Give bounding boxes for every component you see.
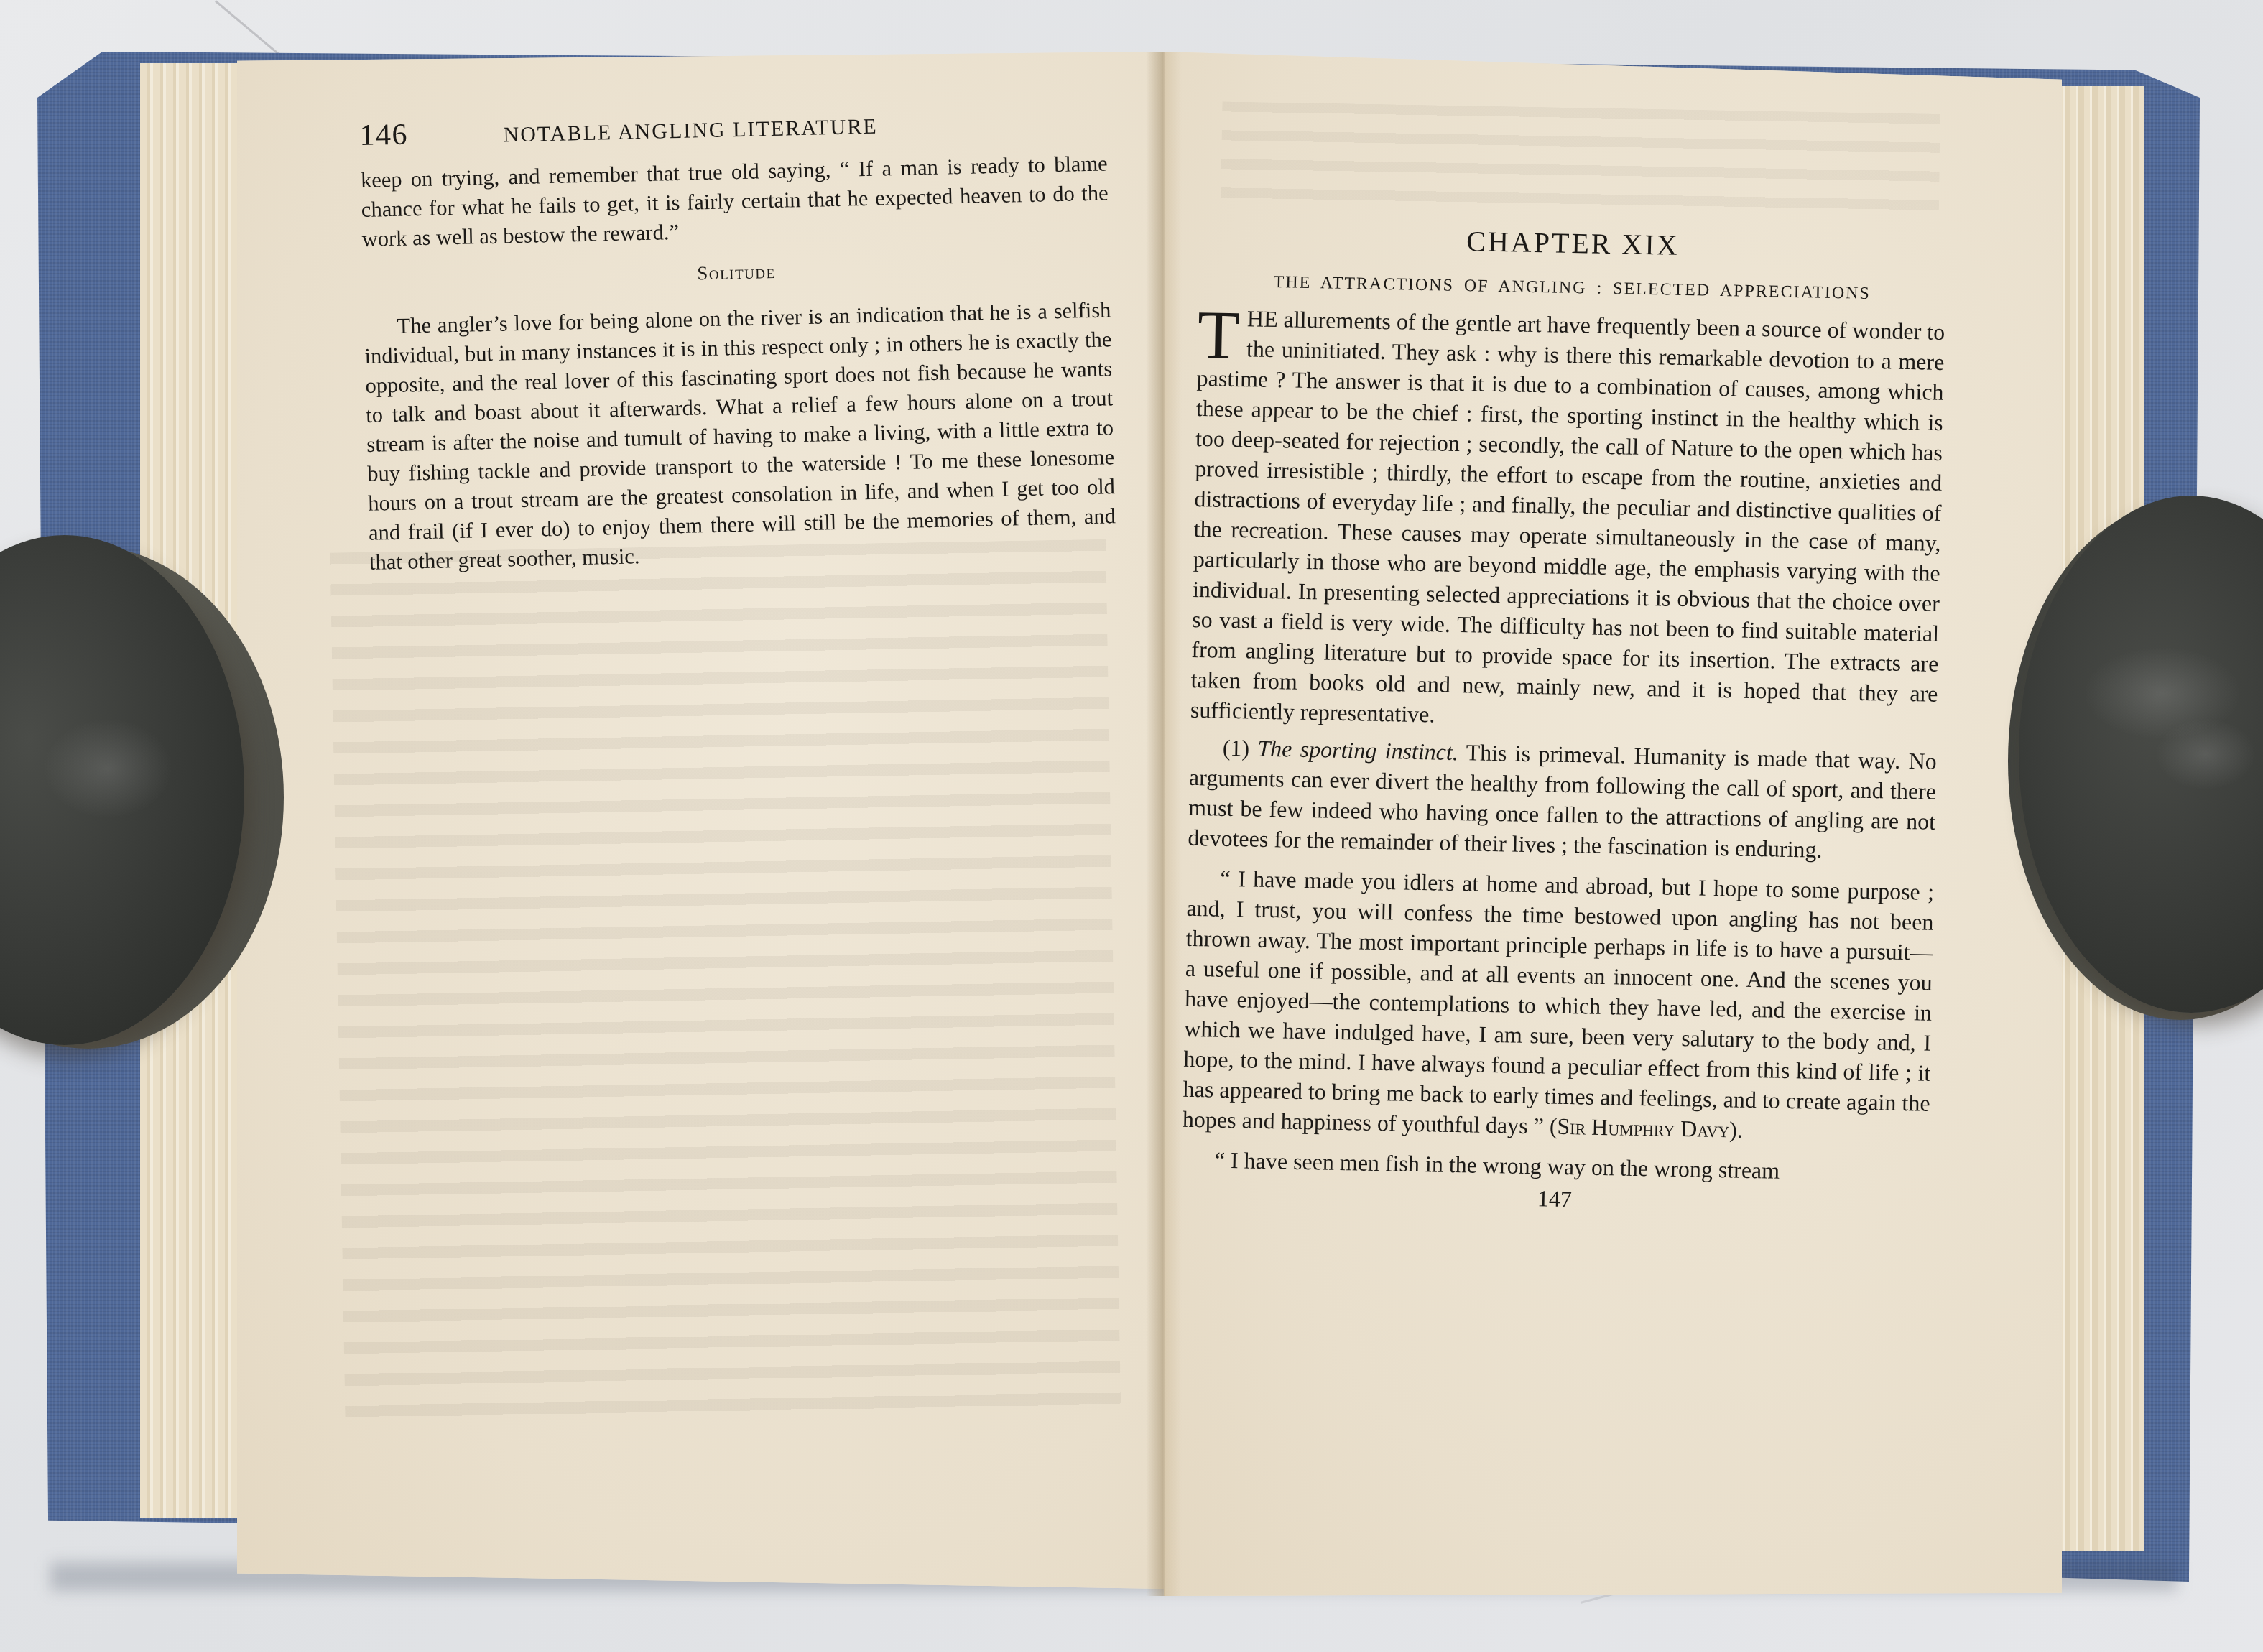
quote-close: ). <box>1729 1116 1743 1142</box>
intro-text: HE allurements of the gentle art have fr… <box>1190 305 1945 727</box>
quote-attribution: Sir Humphry Davy <box>1557 1113 1729 1143</box>
quote-text: “ I have made you idlers at home and abr… <box>1183 866 1935 1139</box>
stone-speckle <box>2155 718 2256 790</box>
quote-paragraph: “ I have made you idlers at home and abr… <box>1183 863 1935 1148</box>
point-one-title: The sporting instinct. <box>1257 735 1458 765</box>
point-one-number: (1) <box>1223 735 1250 761</box>
left-page-text: 146 NOTABLE ANGLING LITERATURE keep on t… <box>359 101 1116 584</box>
stone-speckle <box>43 718 172 819</box>
point-one-paragraph: (1) The sporting instinct. This is prime… <box>1188 732 1937 867</box>
section-heading: Solitude <box>363 253 1110 292</box>
right-page-text: CHAPTER XIX The Attractions of Angling :… <box>1181 219 1947 1220</box>
intro-paragraph: THE allurements of the gentle art have f… <box>1190 302 1945 739</box>
book-gutter <box>1146 52 1182 1596</box>
section-paragraph: The angler’s love for being alone on the… <box>364 295 1116 577</box>
page-number: 146 <box>359 115 504 153</box>
chapter-subtitle: The Attractions of Angling : Selected Ap… <box>1198 272 1945 305</box>
running-title: NOTABLE ANGLING LITERATURE <box>503 115 878 148</box>
opening-paragraph: keep on trying, and remember that true o… <box>360 149 1109 254</box>
drop-cap: T <box>1197 307 1240 363</box>
